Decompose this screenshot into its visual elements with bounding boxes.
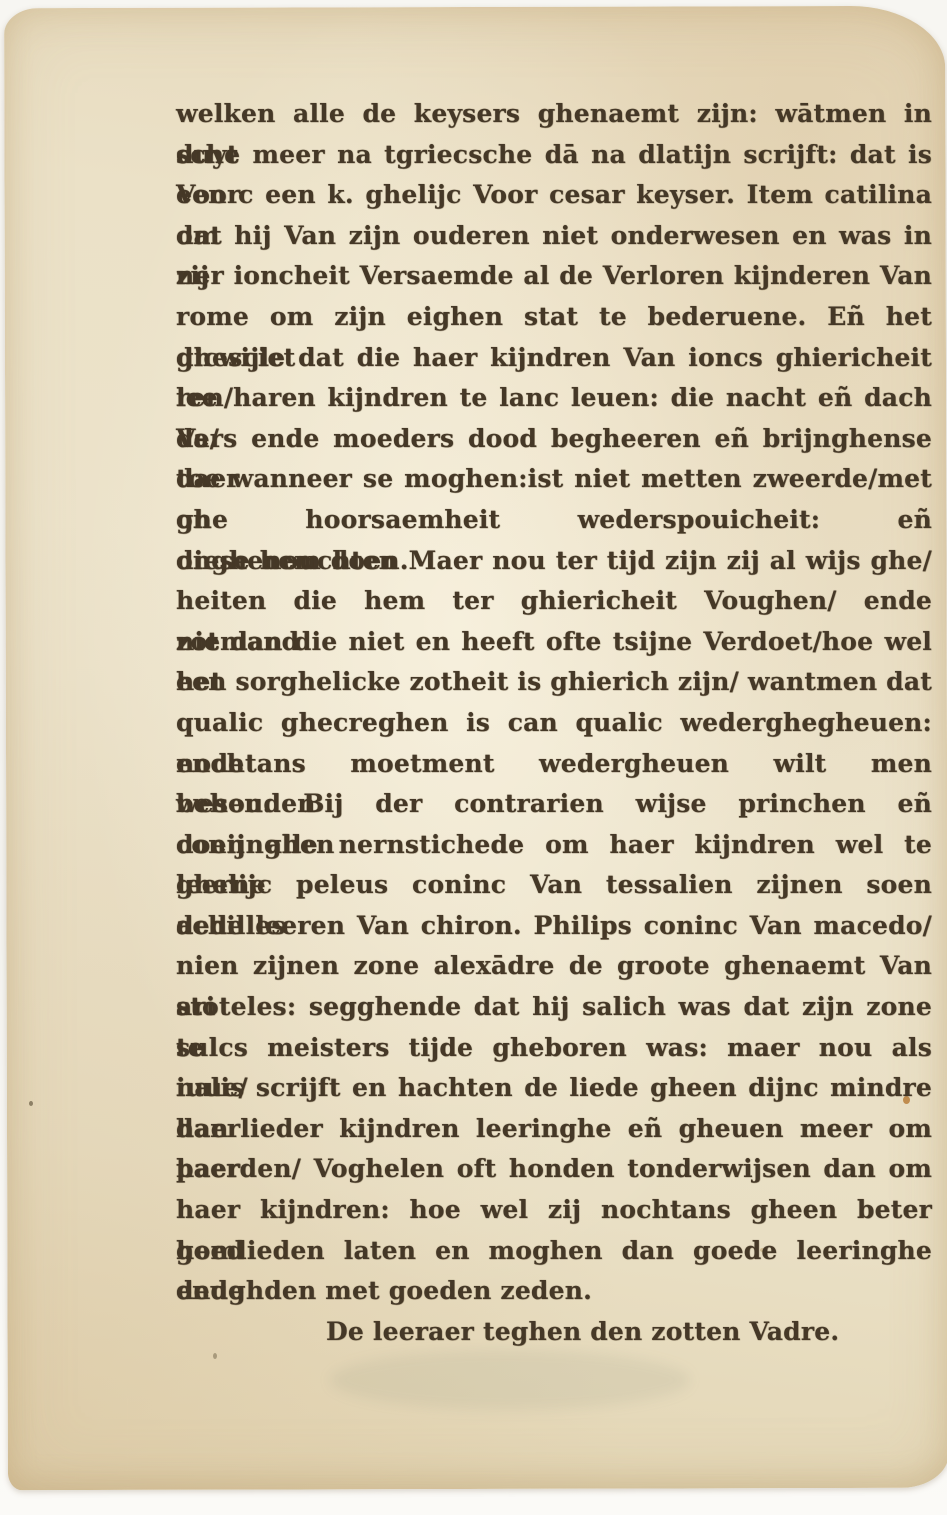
- text-line: haerlieder kijndren leeringhe eñ gheuen …: [176, 1109, 932, 1150]
- text-line: rome om zijn eighen stat te bederuene. E…: [176, 297, 932, 338]
- text-line: dat hij Van zijn ouderen niet onderwesen…: [176, 216, 932, 257]
- verso-show-through: [330, 1350, 690, 1410]
- text-line: ghe hoorsaemheit wederspouicheit: eñ ong…: [176, 500, 932, 541]
- text-line: een sorghelicke zotheit is ghierich zijn…: [176, 662, 932, 703]
- text-line: nochtans moetment wedergheuen wilt men b…: [176, 744, 932, 785]
- text-line: haer kijndren: hoe wel zij nochtans ghee…: [176, 1190, 932, 1231]
- text-line: toe wanneer se moghen:ist niet metten zw…: [176, 459, 932, 500]
- text-line: nien zijnen zone alexādre de groote ghen…: [176, 946, 932, 987]
- text-line: deughden met goeden zeden.: [176, 1271, 932, 1312]
- text-line: ren/haren kijndren te lanc leuen: die na…: [176, 378, 932, 419]
- text-line: diese hem doen.Maer nou ter tijd zijn zi…: [176, 541, 932, 582]
- caption-line: De leeraer teghen den zotten Vadre.: [176, 1312, 932, 1353]
- text-line: sche meer na tgriecsche dā na dlatijn sc…: [176, 135, 932, 176]
- ink-speck: [213, 1353, 217, 1359]
- ink-speck: [29, 1101, 33, 1106]
- text-line: dicwijle dat die haer kijndren Van ioncs…: [176, 338, 932, 379]
- text-line: doen alle nernstichede om haer kijndren …: [176, 825, 932, 866]
- scan-background: welken alle de keysers ghenaemt zijn: wā…: [0, 0, 947, 1515]
- printed-text-block: welken alle de keysers ghenaemt zijn: wā…: [176, 94, 932, 1352]
- text-line: wesen. Bij der contrarien wijse princhen…: [176, 784, 932, 825]
- text-line: welken alle de keysers ghenaemt zijn: wā…: [176, 94, 932, 135]
- text-line: een c een k. ghelijc Voor cesar keyser. …: [176, 175, 932, 216]
- text-line: sulcs meisters tijde gheboren was: maer …: [176, 1028, 932, 1069]
- text-line: paerden/ Voghelen oft honden tonderwijse…: [176, 1149, 932, 1190]
- text-line: nalis scrijft en hachten de liede gheen …: [176, 1068, 932, 1109]
- text-line: stoteles: segghende dat hij salich was d…: [176, 987, 932, 1028]
- text-line: dede leeren Van chiron. Philips coninc V…: [176, 906, 932, 947]
- text-line: qualic ghecreghen is can qualic wederghe…: [176, 703, 932, 744]
- text-line: ner ioncheit Versaemde al de Verloren ki…: [176, 256, 932, 297]
- text-line: ghelijc peleus coninc Van tessalien zijn…: [176, 865, 932, 906]
- text-line: heiten die hem ter ghiericheit Voughen/ …: [176, 581, 932, 622]
- text-line: zot dan die niet en heeft ofte tsijne Ve…: [176, 622, 932, 663]
- text-line: hemlieden laten en moghen dan goede leer…: [176, 1231, 932, 1272]
- text-line: ders ende moeders dood begheeren eñ brij…: [176, 419, 932, 460]
